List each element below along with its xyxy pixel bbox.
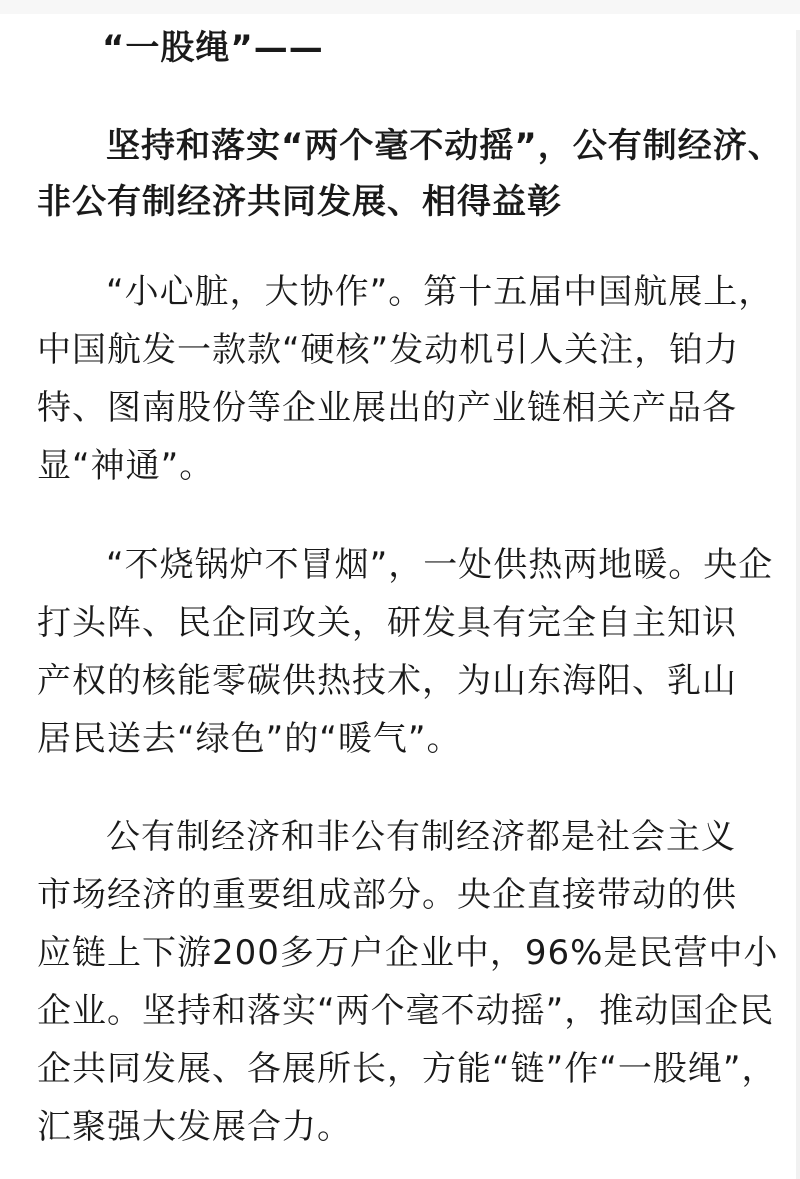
paragraph-line: 打头阵、民企同攻关，研发具有完全自主知识 (37, 603, 737, 643)
section-heading: “一股绳”—— (102, 28, 324, 68)
paragraph-line: “不烧锅炉不冒烟”，一处供热两地暖。央企 (106, 545, 773, 585)
paragraph-line: 显“神通”。 (37, 446, 214, 486)
paragraph-line: 应链上下游200多万户企业中，96%是民营中小 (37, 933, 778, 973)
paragraph-line: 市场经济的重要组成部分。央企直接带动的供 (37, 875, 737, 915)
paragraph-line: 汇聚强大发展合力。 (37, 1107, 352, 1147)
paragraph-line: 公有制经济和非公有制经济都是社会主义 (106, 817, 736, 857)
subheading-line: 坚持和落实“两个毫不动摇”，公有制经济、 (106, 126, 783, 166)
paragraph-line: 企业。坚持和落实“两个毫不动摇”，推动国企民 (37, 991, 774, 1031)
paragraph-line: 居民送去“绿色”的“暖气”。 (37, 719, 461, 759)
paragraph-line: “小心脏，大协作”。第十五届中国航展上， (106, 272, 773, 312)
paragraph-line: 企共同发展、各展所长，方能“链”作“一股绳”， (37, 1049, 776, 1089)
paragraph-line: 特、图南股份等企业展出的产业链相关产品各 (37, 388, 737, 428)
subheading-line: 非公有制经济共同发展、相得益彰 (37, 182, 562, 222)
top-band (0, 0, 800, 14)
paragraph-line: 中国航发一款款“硬核”发动机引人关注，铂力 (37, 330, 739, 370)
paragraph-line: 产权的核能零碳供热技术，为山东海阳、乳山 (37, 661, 737, 701)
scroll-edge (796, 30, 800, 1179)
